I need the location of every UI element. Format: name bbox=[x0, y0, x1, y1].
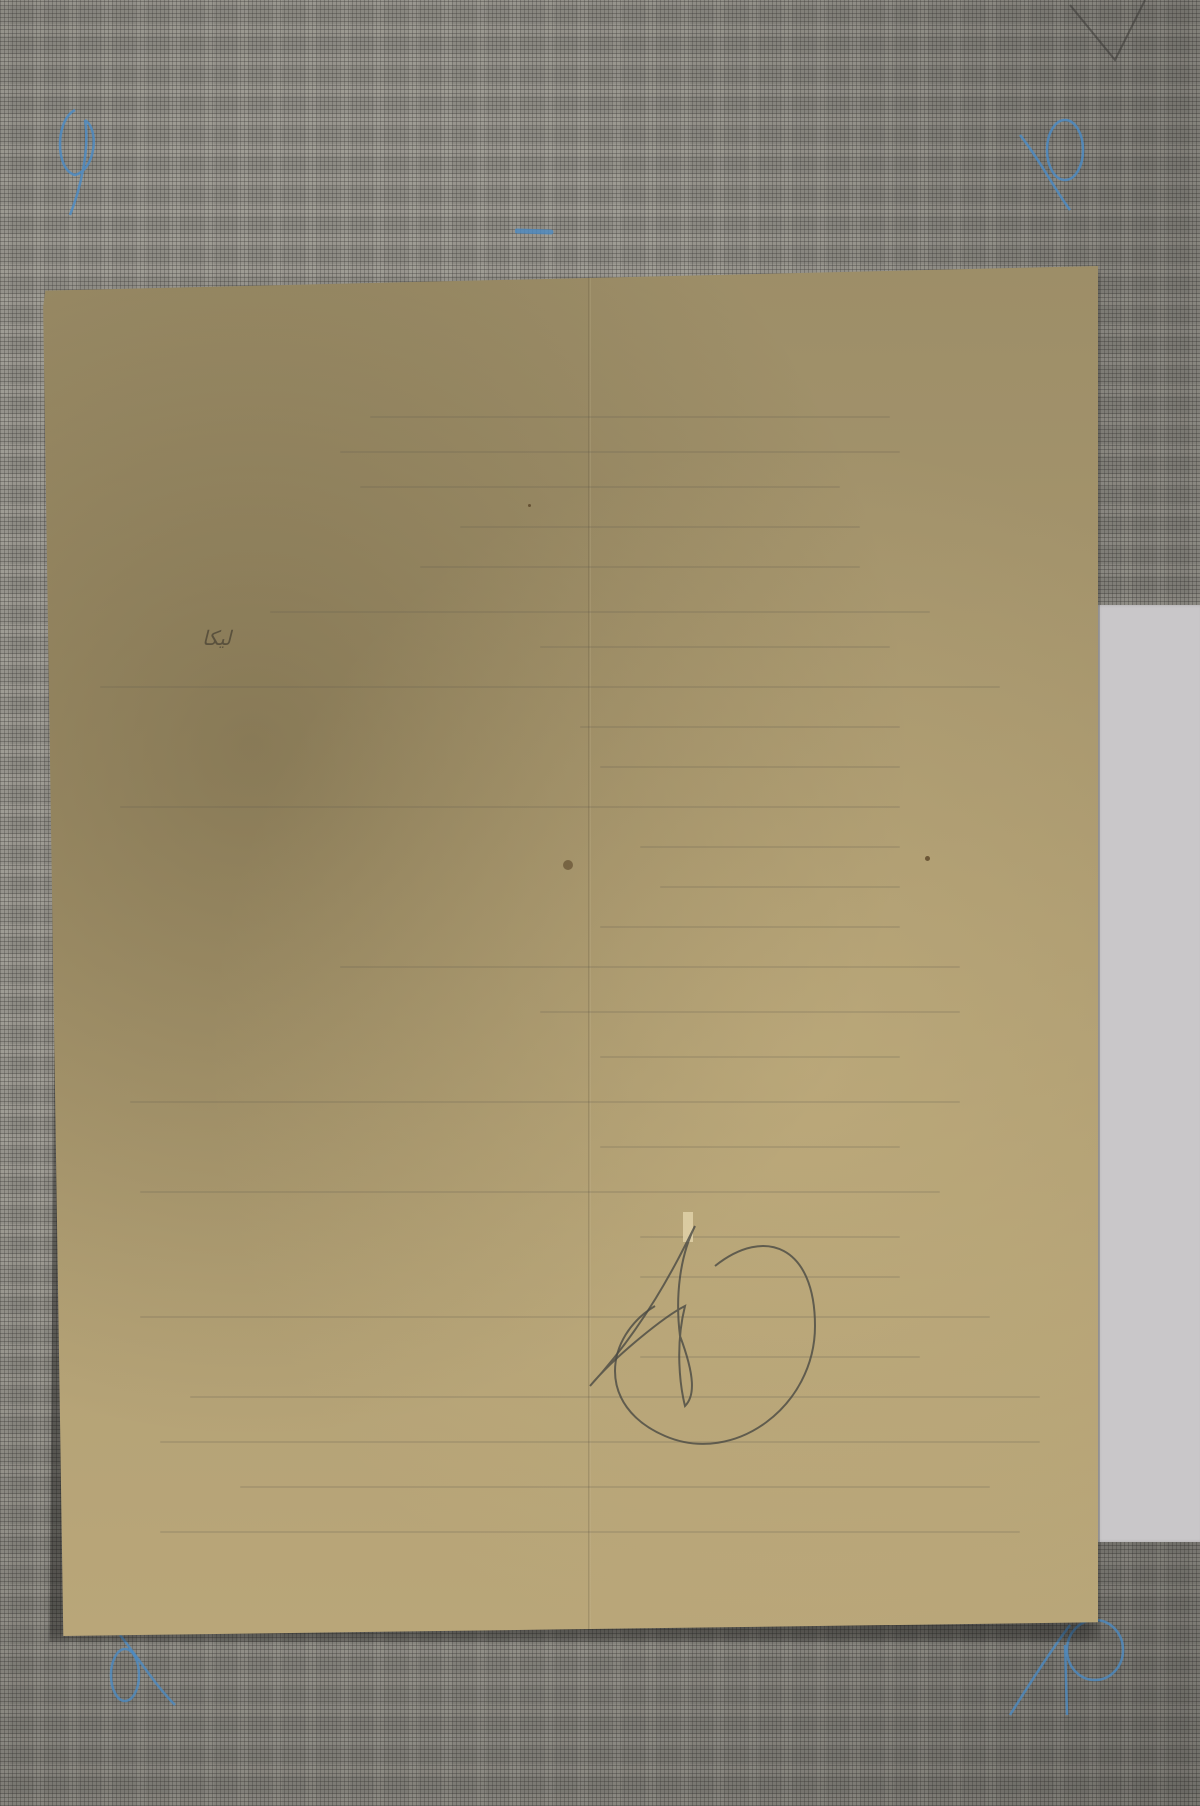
bottom-left-blue-mark bbox=[95, 1630, 185, 1730]
top-center-blue-dash bbox=[515, 225, 555, 237]
bleed-through-text bbox=[40, 266, 1098, 1636]
pencil-loop-mark bbox=[585, 1206, 845, 1456]
white-backing-card bbox=[1097, 605, 1200, 1542]
top-right-blue-mark bbox=[1010, 110, 1100, 230]
pencil-annotation: ليكا bbox=[202, 626, 231, 651]
document-sheet: ليكا bbox=[40, 266, 1098, 1636]
ink-spot bbox=[528, 504, 531, 507]
top-left-blue-mark bbox=[45, 100, 125, 220]
ink-spot bbox=[925, 856, 930, 861]
ink-spot bbox=[563, 860, 573, 870]
top-right-graphite-lines bbox=[1040, 0, 1150, 90]
